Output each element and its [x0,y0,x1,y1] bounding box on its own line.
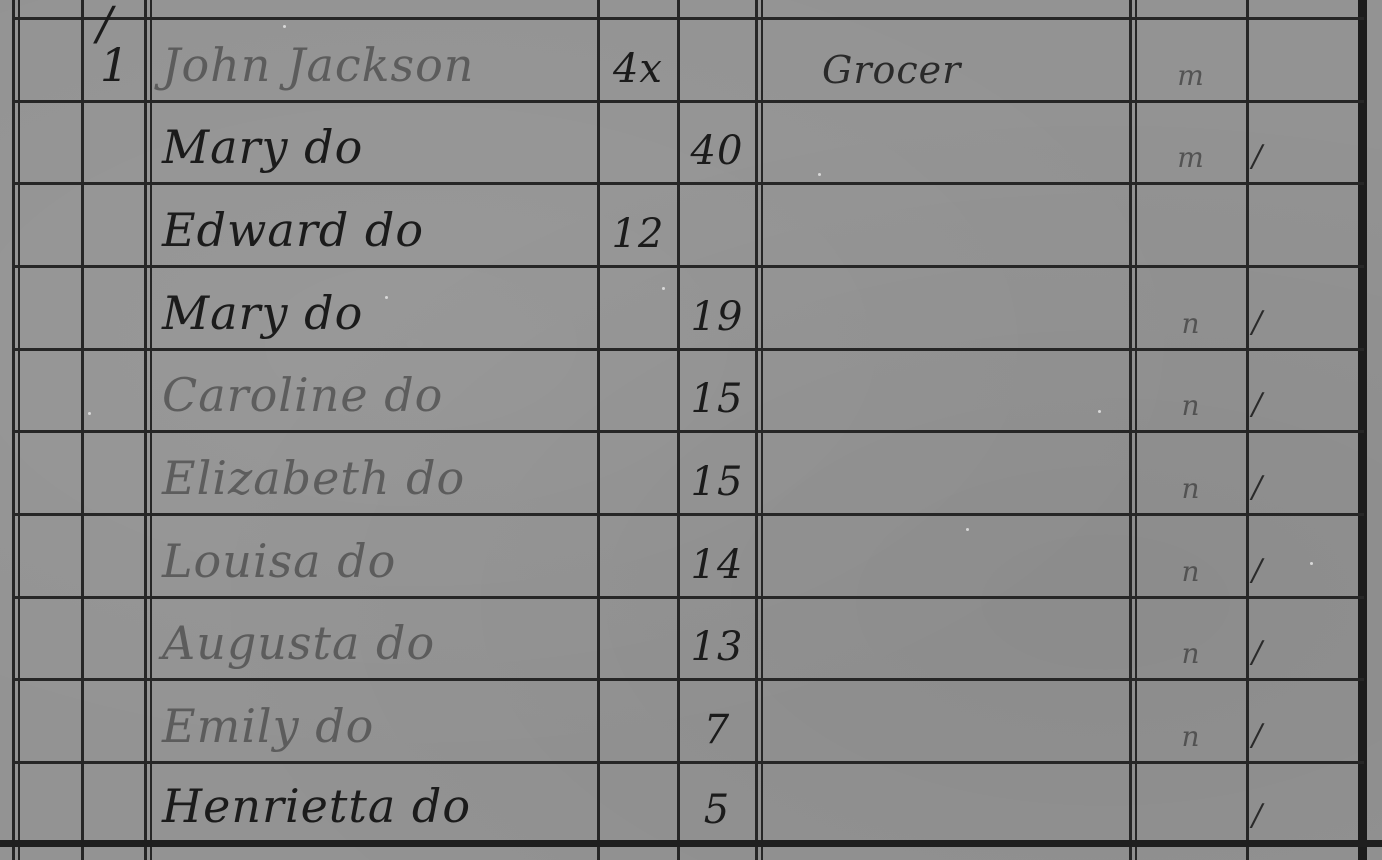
person-name: Elizabeth do [150,432,598,515]
person-name: Emily do [150,680,598,763]
age-male: 4x [598,20,678,102]
person-name: Mary do [150,267,598,350]
person-name: Mary do [150,102,598,184]
scan-speck [818,173,821,176]
scan-speck [1098,410,1101,413]
scan-speck [966,528,969,531]
scan-speck [88,412,91,415]
person-name: Augusta do [150,598,598,680]
tick-mark: / [1248,763,1358,843]
sex-mark: n [1136,267,1246,350]
scan-speck [283,25,286,28]
person-name: Henrietta do [150,763,598,843]
tick-mark: / [1248,515,1358,598]
scan-speck [1310,562,1313,565]
age-female: 5 [678,763,756,843]
scan-speck [385,296,388,299]
person-name: Louisa do [150,515,598,598]
age-female: 7 [678,680,756,763]
sex-mark: n [1136,350,1246,432]
scan-speck [662,287,665,290]
sex-mark: n [1136,432,1246,515]
tick-mark: / [1248,350,1358,432]
person-name: Edward do [150,184,598,267]
tick-mark: / [1248,267,1358,350]
occupation: Grocer [762,20,1130,102]
age-female: 19 [678,267,756,350]
sex-mark: n [1136,680,1246,763]
sex-mark: n [1136,598,1246,680]
age-female: 14 [678,515,756,598]
family-number: 1 [82,20,148,102]
person-name: Caroline do [150,350,598,432]
census-page-scan: / 1 John Jackson 4x Grocer m Mary do 40 … [0,0,1382,860]
age-female: 40 [678,102,756,184]
sex-mark: m [1136,102,1246,184]
person-name: John Jackson [150,20,598,102]
sex-mark: n [1136,515,1246,598]
sex-mark: m [1136,20,1246,102]
tick-mark: / [1248,432,1358,515]
age-female: 15 [678,432,756,515]
age-male: 12 [598,184,678,267]
tick-mark: / [1248,102,1358,184]
tick-mark: / [1248,680,1358,763]
age-female: 13 [678,598,756,680]
age-female: 15 [678,350,756,432]
tick-mark: / [1248,598,1358,680]
